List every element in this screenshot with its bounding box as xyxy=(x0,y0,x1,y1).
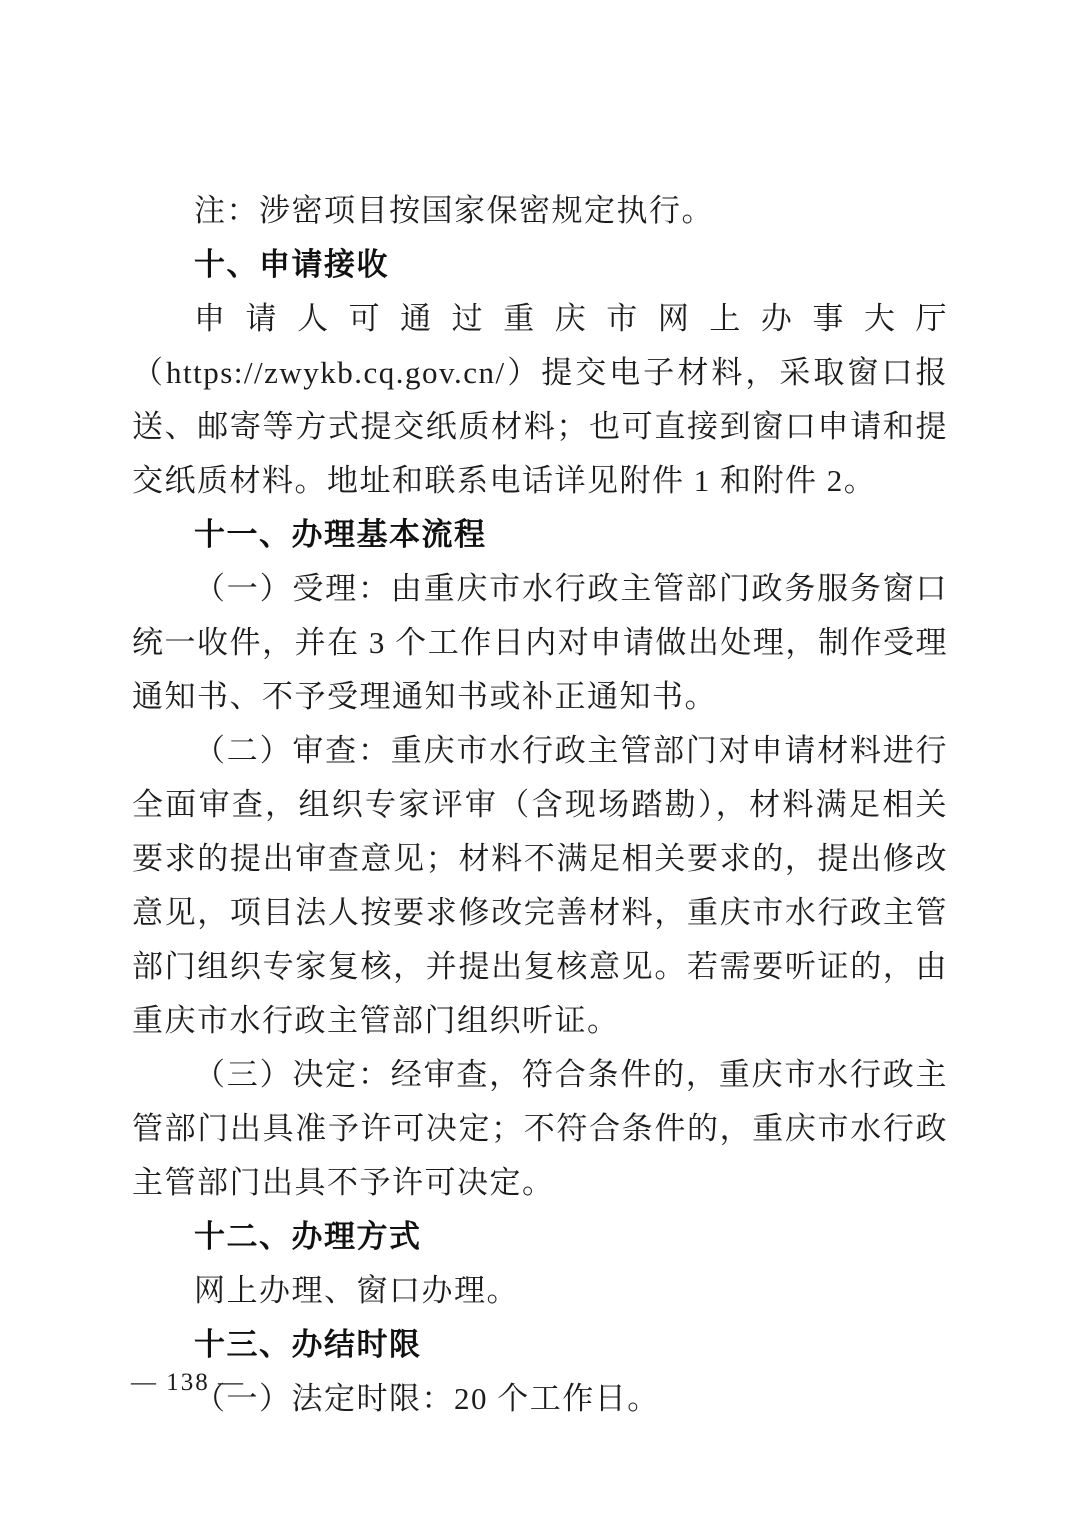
section-heading-time-limit: 十三、办结时限 xyxy=(132,1318,948,1372)
section-heading-handling-method: 十二、办理方式 xyxy=(132,1210,948,1264)
paragraph-process-acceptance: （一）受理：由重庆市水行政主管部门政务服务窗口统一收件，并在 3 个工作日内对申… xyxy=(132,562,948,724)
paragraph-handling-method: 网上办理、窗口办理。 xyxy=(132,1264,948,1318)
section-heading-basic-process: 十一、办理基本流程 xyxy=(132,508,948,562)
note-line: 注：涉密项目按国家保密规定执行。 xyxy=(132,184,948,238)
section-heading-application-receipt: 十、申请接收 xyxy=(132,238,948,292)
page-number: — 138 — xyxy=(131,1368,245,1398)
paragraph-process-review: （二）审查：重庆市水行政主管部门对申请材料进行全面审查，组织专家评审（含现场踏勘… xyxy=(132,724,948,1048)
paragraph-statutory-time-limit: （一）法定时限：20 个工作日。 xyxy=(132,1372,948,1426)
paragraph-application-receipt: 申请人可通过重庆市网上办事大厅（https://zwykb.cq.gov.cn/… xyxy=(132,292,948,508)
document-page: 注：涉密项目按国家保密规定执行。 十、申请接收 申请人可通过重庆市网上办事大厅（… xyxy=(0,0,1075,1519)
paragraph-process-decision: （三）决定：经审查，符合条件的，重庆市水行政主管部门出具准予许可决定；不符合条件… xyxy=(132,1048,948,1210)
document-body: 注：涉密项目按国家保密规定执行。 十、申请接收 申请人可通过重庆市网上办事大厅（… xyxy=(132,184,948,1426)
